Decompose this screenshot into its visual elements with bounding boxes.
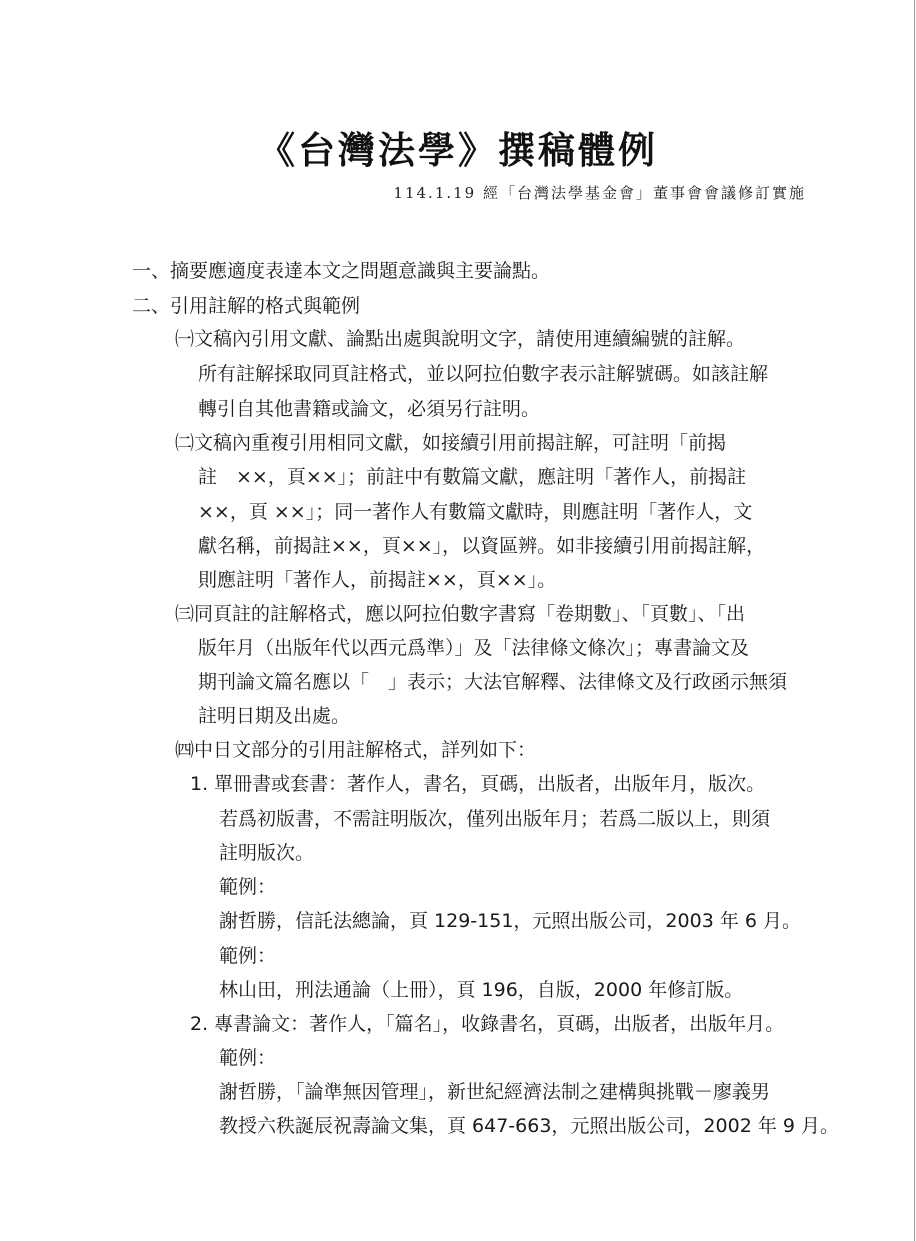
item-2-body-line: ××，頁 ××」；同一著作人有數篇文獻時，則應註明「著作人，文 xyxy=(198,496,752,528)
item-2-body-line: 獻名稱，前揭註××，頁××」，以資區辨。如非接續引用前揭註解， xyxy=(198,530,765,562)
item-2-body-line: 註 ××，頁××」；前註中有數篇文獻，應註明「著作人，前揭註 xyxy=(198,461,746,493)
section-2-heading: 二、引用註解的格式與範例 xyxy=(132,290,360,322)
page-border xyxy=(914,0,915,1241)
item-4-heading: ㈣中日文部分的引用註解格式，詳列如下： xyxy=(175,734,536,766)
item-2-body-line: 則應註明「著作人，前揭註××，頁××」。 xyxy=(198,564,556,596)
item-1-body-line: 轉引自其他書籍或論文，必須另行註明。 xyxy=(198,393,540,425)
item-3-body-line: 期刊論文篇名應以「 」表示；大法官解釋、法律條文及行政函示無須 xyxy=(198,666,787,698)
item-3-body-line: 版年月（出版年代以西元爲準）」及「法律條文條次」；專書論文及 xyxy=(198,632,749,664)
revision-note: 114.1.19 經「台灣法學基金會」董事會會議修訂實施 xyxy=(393,180,806,206)
document-title: 《台灣法學》撰稿體例 xyxy=(0,125,916,175)
example-citation: 教授六秩誕辰祝壽論文集，頁 647-663，元照出版公司，2002 年 9 月。 xyxy=(219,1110,839,1142)
example-label: 範例： xyxy=(219,940,276,972)
section-1-abstract: 一、摘要應適度表達本文之問題意識與主要論點。 xyxy=(132,255,550,287)
example-label: 範例： xyxy=(219,1042,276,1074)
item-2-heading: ㈡文稿內重複引用相同文獻，如接續引用前揭註解，可註明「前揭 xyxy=(175,427,726,459)
example-label: 範例： xyxy=(219,871,276,903)
item-3-body-line: 註明日期及出處。 xyxy=(198,700,350,732)
item-3-heading: ㈢同頁註的註解格式，應以阿拉伯數字書寫「卷期數」、「頁數」、「出 xyxy=(175,598,745,630)
example-citation: 謝哲勝，信託法總論，頁 129-151，元照出版公司，2003 年 6 月。 xyxy=(219,905,801,937)
subitem-1-body-line: 註明版次。 xyxy=(219,837,314,869)
example-citation: 林山田，刑法通論（上冊），頁 196，自版，2000 年修訂版。 xyxy=(219,974,743,1006)
subitem-2-heading: 2. 專書論文：著作人，「篇名」，收錄書名，頁碼，出版者，出版年月。 xyxy=(190,1008,784,1040)
subitem-1-body-line: 若爲初版書，不需註明版次，僅列出版年月；若爲二版以上，則須 xyxy=(219,803,770,835)
example-citation: 謝哲勝，「論準無因管理」，新世紀經濟法制之建構與挑戰－廖義男 xyxy=(219,1076,770,1108)
subitem-1-heading: 1. 單冊書或套書：著作人，書名，頁碼，出版者，出版年月，版次。 xyxy=(190,768,765,800)
item-1-heading: ㈠文稿內引用文獻、論點出處與說明文字，請使用連續編號的註解。 xyxy=(175,323,745,355)
item-1-body-line: 所有註解採取同頁註格式，並以阿拉伯數字表示註解號碼。如該註解 xyxy=(198,358,768,390)
